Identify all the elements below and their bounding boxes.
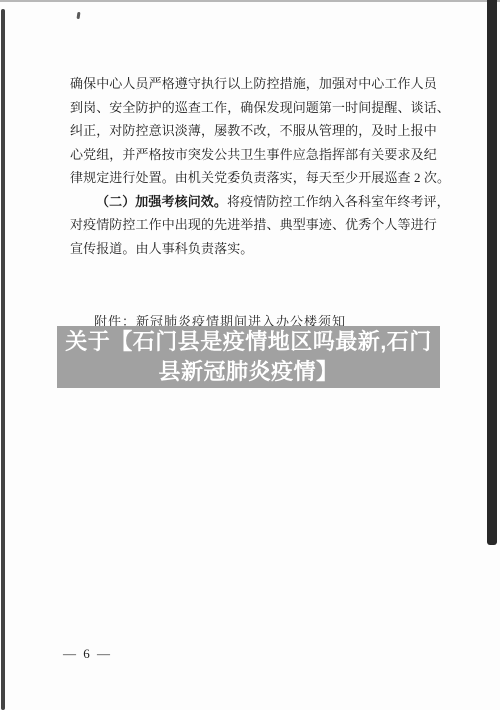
scan-right-edge-bar (487, 0, 497, 545)
paragraph1-line: 心党组，并严格按市突发公共卫生事件应急指挥部有关要求及纪 (70, 143, 450, 167)
paragraph2-line: 宣传报道。由人事科负责落实。 (70, 237, 450, 261)
scan-top-edge-line (0, 0, 500, 2)
overlay-title-line: 关于【石门县是疫情地区吗最新,石门 (65, 327, 432, 357)
paragraph2-line: 对疫情防控工作中出现的先进举措、典型事迹、优秀个人等进行 (70, 213, 450, 237)
stray-ink-mark (77, 12, 81, 19)
scan-left-edge-bar (1, 9, 5, 710)
paragraph1-line: 律规定进行处置。由机关党委负责落实，每天至少开展巡查 2 次。 (70, 166, 450, 190)
page-number: — 6 — (63, 646, 112, 662)
paragraph2-first-line-text: 将疫情防控工作纳入各科室年终考评， (227, 194, 450, 209)
paragraph2-first-line: （二）加强考核问效。将疫情防控工作纳入各科室年终考评， (70, 190, 450, 214)
paragraph1-line: 到岗、安全防护的巡查工作，确保发现问题第一时间提醒、谈话、 (70, 96, 450, 120)
overlay-title-line: 县新冠肺炎疫情】 (158, 357, 338, 387)
paragraph1-line: 纠正，对防控意识淡薄，屡教不改，不服从管理的，及时上报中 (70, 119, 450, 143)
body-paragraphs: 确保中心人员严格遵守执行以上防控措施，加强对中心工作人员 到岗、安全防护的巡查工… (70, 72, 450, 260)
document-page: 确保中心人员严格遵守执行以上防控措施，加强对中心工作人员 到岗、安全防护的巡查工… (0, 0, 500, 710)
paragraph2-bold-heading: （二）加强考核问效。 (96, 194, 227, 209)
paragraph1-line: 确保中心人员严格遵守执行以上防控措施，加强对中心工作人员 (70, 72, 450, 96)
overlay-title-box: 关于【石门县是疫情地区吗最新,石门 县新冠肺炎疫情】 (57, 326, 440, 388)
